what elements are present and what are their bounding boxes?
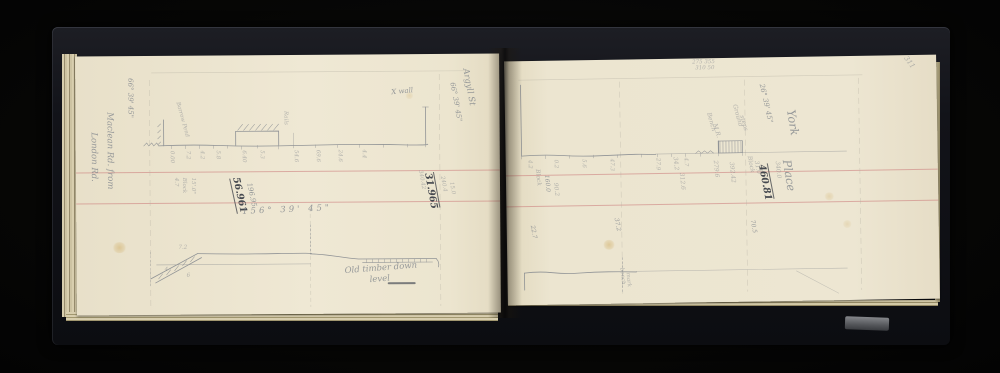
tick-value: 27.9 xyxy=(654,158,660,170)
tick-value: 5.8 xyxy=(214,150,220,159)
tick-value: 5.3 xyxy=(258,150,264,159)
level-note: 160.0 xyxy=(543,175,551,193)
tick-value: 4.2 xyxy=(526,160,532,169)
left-page: 66° 39' 45" Maclean Rd. from London Rd. … xyxy=(75,54,501,316)
tick-value: 69.6 xyxy=(314,150,320,162)
level-note: Block xyxy=(180,178,186,194)
lower-value: 37.2 xyxy=(612,218,621,232)
tick-value: 47.3 xyxy=(608,159,614,171)
tick-value: 4.7 xyxy=(682,158,688,167)
level-note: 90.2 xyxy=(552,183,560,197)
margin-street-label: Maclean Rd. from xyxy=(105,112,114,189)
margin-street-label: London Rd. xyxy=(89,132,98,182)
level-note: Block xyxy=(534,169,542,186)
lower-value: 70.5 xyxy=(748,219,757,233)
tick-value: 6.40 xyxy=(240,150,246,162)
tick-value: 0.2 xyxy=(552,160,558,169)
level-note: 4.7 xyxy=(172,178,178,187)
left-section-sketch xyxy=(75,54,501,316)
timber-caption: level xyxy=(369,275,390,285)
ramp-value: 6 xyxy=(187,274,191,280)
tick-value: 24.6 xyxy=(336,150,342,162)
level-note: 15'.0" xyxy=(189,178,195,194)
rails-label: Rails xyxy=(282,111,288,125)
right-section-sketch xyxy=(504,55,940,306)
margin-bearing-label: 66° 39' 45" xyxy=(126,78,134,118)
ramp-value: 4 xyxy=(165,268,169,274)
level-note: 15.0 xyxy=(447,182,455,195)
tick-value: 7.2 xyxy=(184,151,190,160)
lower-value: 22.7 xyxy=(528,225,537,239)
street-name-label: York xyxy=(785,109,801,137)
ramp-value: 7.2 xyxy=(178,246,187,252)
level-value: 34.2 xyxy=(671,157,679,171)
level-value: 312.6 xyxy=(678,173,686,191)
photo-scene: 66° 39' 45" Maclean Rd. from London Rd. … xyxy=(0,0,1000,373)
tick-value: 54.6 xyxy=(292,150,298,162)
paper-stain xyxy=(843,220,852,228)
tick-value: 4.4 xyxy=(360,149,366,158)
level-value: 340.0 xyxy=(773,161,781,179)
tick-value: 4.2 xyxy=(198,151,204,160)
margin-calc: 310 50 xyxy=(695,66,714,72)
cover-strap xyxy=(845,316,889,331)
tick-value: 5.6 xyxy=(580,159,586,168)
tick-value: 0.00 xyxy=(168,151,174,163)
paper-stain xyxy=(405,92,413,99)
benchmark-label: mark xyxy=(624,272,631,287)
level-value: 392.42 xyxy=(727,162,735,184)
paper-stain xyxy=(112,242,126,253)
right-page: 275 355 310 50 311 26° 39' 45" York Plac… xyxy=(504,55,940,306)
level-value: 279.6 xyxy=(711,160,719,178)
